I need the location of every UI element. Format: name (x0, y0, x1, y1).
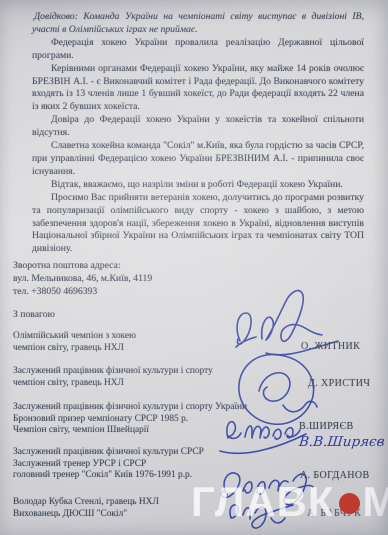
signatory-titles-bogdanov: Заслужений працівник фізичної культури С… (13, 447, 204, 482)
intro-paragraph: Довідково: Команда України на чемпіонаті… (32, 11, 364, 37)
signatory-titles-babchuk: Володар Кубка Стенлі, гравець НХЛ Вихова… (13, 497, 159, 520)
signatory-titles-khrystych: Заслужений працівник фізичної культури і… (13, 366, 213, 389)
title-line: Заслужений працівник фізичної культури і… (13, 366, 213, 378)
title-line: Бронзовий призер чемпіонату СРСР 1985 р. (13, 414, 247, 426)
title-line: Вихованець ДЮСШ "Сокіл" (13, 509, 159, 521)
title-line: Чемпіон світу, чемпіон Швейцарії (13, 425, 247, 437)
signatory-titles-shyriaev: Заслужений працівник фізичної культури і… (13, 402, 247, 437)
title-line: Заслужений працівник фізичної культури і… (13, 402, 247, 414)
paragraph-1: Федерація хокею України провалила реаліз… (32, 37, 364, 63)
glavkom-watermark: ГЛАВКМ (191, 482, 388, 522)
watermark-text-right: М (363, 482, 388, 522)
title-line: чемпіон світу, гравець НХЛ (13, 378, 213, 390)
address-street: вул. Мельникова, 46, м.Київ, 4119 (13, 273, 152, 286)
title-line: головний тренер "Сокіл" Київ 1976-1991 р… (13, 470, 204, 482)
address-phone: тел. +38050 4696393 (13, 286, 152, 299)
paragraph-4: Славетна хокейна команда "Сокіл" м.Київ,… (32, 140, 364, 179)
signatory-name-khrystych: Д. ХРИСТИЧ (308, 378, 370, 389)
title-line: чемпіон світу, гравець НХЛ (13, 343, 136, 355)
signatory-name-zhytnyk: О. ЖИТНИК (301, 341, 360, 352)
salutation: З повагою (13, 309, 55, 320)
address-label: Зворотна поштова адреса: (13, 260, 152, 273)
title-line: Володар Кубка Стенлі, гравець НХЛ (13, 497, 159, 509)
shyriaev-signature (218, 412, 308, 460)
signatory-titles-zhytnyk: Олімпійський чемпіон з хокею чемпіон сві… (13, 331, 136, 354)
watermark-o-dot (339, 493, 360, 514)
paragraph-2: Керівними органами Федерації хокею Украї… (32, 63, 364, 115)
paragraph-6: Просимо Вас прийняти ветеранів хокею, до… (32, 192, 364, 257)
title-line: Заслужений тренер УРСР і СРСР (13, 459, 204, 471)
paragraph-5: Відтак, вважаємо, що назріли зміни в роб… (32, 179, 364, 192)
title-line: Олімпійський чемпіон з хокею (13, 331, 136, 343)
title-line: Заслужений працівник фізичної культури С… (13, 447, 204, 459)
scanned-letter: Довідково: Команда України на чемпіонаті… (0, 0, 388, 535)
paragraph-3: Довіра до Федерації хокею України у хоке… (32, 114, 364, 140)
signatory-name-shyriaev: В.ШИРЯЄВ (299, 421, 354, 432)
letter-body: Довідково: Команда України на чемпіонаті… (32, 11, 364, 256)
watermark-text-left: ГЛАВК (191, 482, 335, 522)
return-address-block: Зворотна поштова адреса: вул. Мельникова… (13, 260, 152, 298)
shyriaev-handwritten-name: В.В.Ширяєв (298, 434, 385, 450)
